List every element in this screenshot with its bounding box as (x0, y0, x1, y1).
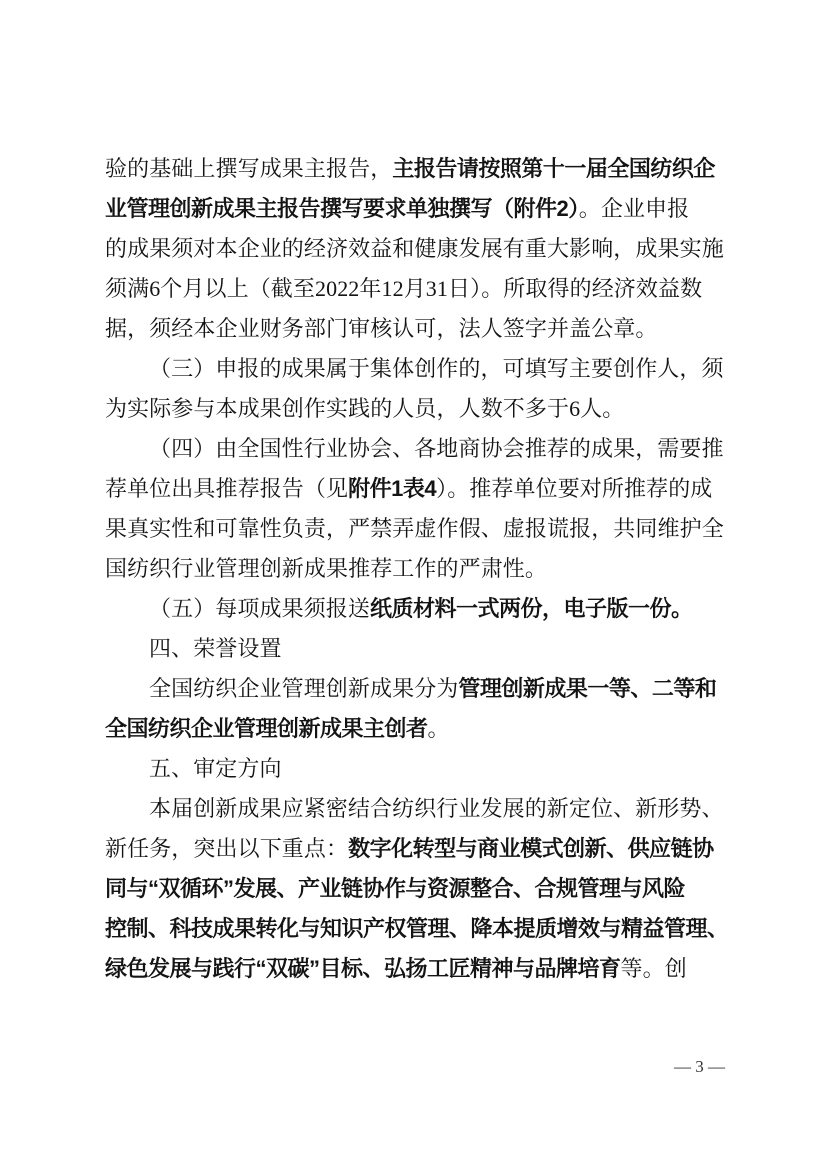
bold-text-segment: 附件1表4 (348, 476, 436, 501)
text-segment: 的成果须对本企业的经济效益和健康发展有重大影响，成果实施 (105, 236, 724, 261)
bold-text-segment: 数字化转型与商业模式创新、供应链协 (348, 836, 714, 861)
text-line: 国纺织行业管理创新成果推荐工作的严肃性。 (105, 549, 753, 589)
text-line: （五）每项成果须报送纸质材料一式两份，电子版一份。 (105, 589, 753, 629)
text-line: 业管理创新成果主报告撰写要求单独撰写（附件2）。企业申报 (105, 189, 753, 229)
text-line: 验的基础上撰写成果主报告，主报告请按照第十一届全国纺织企 (105, 149, 753, 189)
text-segment: 须满6个月以上（截至2022年12月31日）。所取得的经济效益数 (105, 276, 702, 301)
text-segment: 据，须经本企业财务部门审核认可，法人签字并盖公章。 (105, 316, 658, 341)
text-segment: 荐单位出具推荐报告（见 (105, 476, 348, 501)
text-line: 的成果须对本企业的经济效益和健康发展有重大影响，成果实施 (105, 229, 753, 269)
text-line: 荐单位出具推荐报告（见附件1表4）。推荐单位要对所推荐的成 (105, 469, 753, 509)
text-line: 绿色发展与践行“双碳”目标、弘扬工匠精神与品牌培育等。创 (105, 949, 753, 989)
text-segment: （四）由全国性行业协会、各地商协会推荐的成果，需要推 (149, 436, 724, 461)
text-line: 本届创新成果应紧密结合纺织行业发展的新定位、新形势、 (105, 789, 753, 829)
text-line: 全国纺织企业管理创新成果主创者。 (105, 709, 753, 749)
text-segment: 为实际参与本成果创作实践的人员，人数不多于6人。 (105, 396, 624, 421)
text-line: 须满6个月以上（截至2022年12月31日）。所取得的经济效益数 (105, 269, 753, 309)
bold-text-segment: 管理创新成果一等、二等和 (458, 676, 716, 701)
bold-text-segment: 全国纺织企业管理创新成果主创者 (105, 716, 428, 741)
text-line: 四、荣誉设置 (105, 629, 753, 669)
text-segment: 新任务，突出以下重点： (105, 836, 348, 861)
text-line: 同与“双循环”发展、产业链协作与资源整合、合规管理与风险 (105, 869, 753, 909)
bold-text-segment: 主报告请按照第十一届全国纺织企 (392, 156, 715, 181)
bold-text-segment: 控制、科技成果转化与知识产权管理、降本提质增效与精益管理、 (105, 916, 729, 941)
text-segment: （五）每项成果须报送 (149, 596, 370, 621)
page-number: — 3 — (674, 1057, 725, 1076)
text-line: 新任务，突出以下重点：数字化转型与商业模式创新、供应链协 (105, 829, 753, 869)
text-segment: 等。创 (621, 956, 687, 981)
document-page: 验的基础上撰写成果主报告，主报告请按照第十一届全国纺织企业管理创新成果主报告撰写… (0, 0, 827, 1170)
text-segment: 四、荣誉设置 (149, 636, 282, 661)
text-segment: 全国纺织企业管理创新成果分为 (149, 676, 458, 701)
text-segment: 。 (428, 716, 450, 741)
text-segment: 本届创新成果应紧密结合纺织行业发展的新定位、新形势、 (149, 796, 724, 821)
document-body: 验的基础上撰写成果主报告，主报告请按照第十一届全国纺织企业管理创新成果主报告撰写… (105, 149, 753, 989)
text-line: 全国纺织企业管理创新成果分为管理创新成果一等、二等和 (105, 669, 753, 709)
text-segment: 五、审定方向 (149, 756, 282, 781)
text-segment: （三）申报的成果属于集体创作的，可填写主要创作人，须 (149, 356, 724, 381)
text-line: 五、审定方向 (105, 749, 753, 789)
text-line: （四）由全国性行业协会、各地商协会推荐的成果，需要推 (105, 429, 753, 469)
bold-text-segment: 纸质材料一式两份，电子版一份。 (370, 596, 693, 621)
text-line: 据，须经本企业财务部门审核认可，法人签字并盖公章。 (105, 309, 753, 349)
text-line: 为实际参与本成果创作实践的人员，人数不多于6人。 (105, 389, 753, 429)
text-segment: 国纺织行业管理创新成果推荐工作的严肃性。 (105, 556, 547, 581)
bold-text-segment: 同与“双循环”发展、产业链协作与资源整合、合规管理与风险 (105, 876, 685, 901)
text-segment: 果真实性和可靠性负责，严禁弄虚作假、虚报谎报，共同维护全 (105, 516, 724, 541)
text-segment: ）。推荐单位要对所推荐的成 (436, 476, 712, 501)
page-footer: — 3 — (674, 1056, 725, 1078)
text-line: （三）申报的成果属于集体创作的，可填写主要创作人，须 (105, 349, 753, 389)
bold-text-segment: 业管理创新成果主报告撰写要求单独撰写（附件2） (105, 196, 579, 221)
text-line: 果真实性和可靠性负责，严禁弄虚作假、虚报谎报，共同维护全 (105, 509, 753, 549)
text-segment: 。企业申报 (579, 196, 690, 221)
text-line: 控制、科技成果转化与知识产权管理、降本提质增效与精益管理、 (105, 909, 753, 949)
text-segment: 验的基础上撰写成果主报告， (105, 156, 392, 181)
bold-text-segment: 绿色发展与践行“双碳”目标、弘扬工匠精神与品牌培育 (105, 956, 621, 981)
